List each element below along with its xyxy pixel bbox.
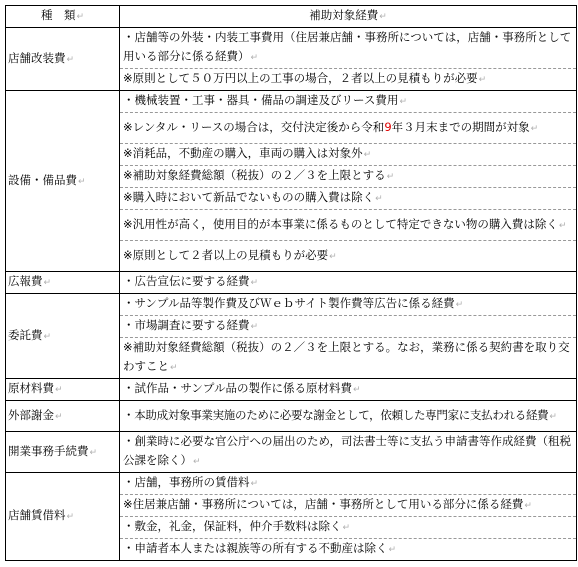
header-category: 種 類↵: [6, 6, 120, 28]
paragraph-mark-icon: ↵: [170, 363, 178, 373]
expense-item: ・広告宣伝に要する経費↵: [120, 272, 576, 293]
expense-item: ・店舗，事務所の賃借料↵: [120, 473, 576, 494]
table-row: 広報費↵ ・広告宣伝に要する経費↵: [6, 272, 577, 294]
paragraph-mark-icon: ↵: [531, 124, 539, 134]
paragraph-mark-icon: ↵: [379, 12, 387, 22]
paragraph-mark-icon: ↵: [549, 412, 556, 422]
expense-cell: ・店舗等の外装・内装工事費用（住居兼店舗・事務所については，店舗・事務所として用…: [120, 28, 577, 91]
paragraph-mark-icon: ↵: [329, 252, 337, 262]
category-cell: 開業事務手続費↵: [6, 432, 120, 473]
paragraph-mark-icon: ↵: [67, 512, 75, 522]
paragraph-mark-icon: ↵: [251, 479, 259, 489]
expense-item: ・機械装置・工事・器具・備品の調達及びリース費用↵: [120, 91, 576, 112]
paragraph-mark-icon: ↵: [44, 278, 52, 288]
expense-cell: ・試作品・サンプル品の製作に係る原材料費↵: [120, 379, 577, 401]
table-row: 開業事務手続費↵ ・創業時に必要な官公庁への届出のため，司法書士等に支払う申請書…: [6, 432, 577, 473]
paragraph-mark-icon: ↵: [251, 278, 259, 288]
expense-item: ※補助対象経費総額（税抜）の２／３を上限とする↵: [120, 165, 576, 187]
paragraph-mark-icon: ↵: [55, 385, 63, 395]
paragraph-mark-icon: ↵: [44, 332, 52, 342]
highlighted-year: 9: [384, 120, 391, 134]
paragraph-mark-icon: ↵: [78, 177, 86, 187]
expense-item: ※住居兼店舗・事務所については，店舗・事務所として用いる部分に係る経費↵: [120, 494, 576, 516]
expense-item: ・サンプル品等製作費及びＷｅｂサイト製作費等広告に係る経費↵: [120, 294, 576, 315]
expense-item: ※購入時において新品でないものの購入費は除く↵: [120, 187, 576, 209]
expense-item: ・申請者本人または親族等の所有する不動産は除く↵: [120, 538, 576, 560]
table-row: 店舗改装費↵ ・店舗等の外装・内装工事費用（住居兼店舗・事務所については，店舗・…: [6, 28, 577, 91]
expense-item: ・敷金，礼金，保証料，仲介手数料は除く↵: [120, 516, 576, 538]
expense-item: ※消耗品，不動産の購入，車両の購入は対象外↵: [120, 143, 576, 165]
expense-item: ※汎用性が高く，使用目的が本事業に係るものとして特定できない物の購入費は除く↵: [120, 209, 576, 240]
expense-cell: ・店舗，事務所の賃借料↵ ※住居兼店舗・事務所については，店舗・事務所として用い…: [120, 473, 577, 561]
paragraph-mark-icon: ↵: [559, 221, 567, 231]
paragraph-mark-icon: ↵: [456, 300, 464, 310]
paragraph-mark-icon: ↵: [387, 172, 395, 182]
category-cell: 広報費↵: [6, 272, 120, 294]
expense-item: ・創業時に必要な官公庁への届出のため，司法書士等に支払う申請書等作成経費（租税公…: [120, 432, 576, 472]
expense-item: ・店舗等の外装・内装工事費用（住居兼店舗・事務所については，店舗・事務所として用…: [120, 28, 576, 68]
expense-cell: ・機械装置・工事・器具・備品の調達及びリース費用↵ ※レンタル・リースの場合は，…: [120, 91, 577, 272]
paragraph-mark-icon: ↵: [67, 55, 75, 65]
expense-item: ※補助対象経費総額（税抜）の２／３を上限とする。なお，業務に係る契約書を取り交わ…: [120, 337, 576, 378]
category-cell: 店舗改装費↵: [6, 28, 120, 91]
table-row: 外部謝金↵ ・本助成対象事業実施のために必要な謝金として，依頼した専門家に支払わ…: [6, 401, 577, 432]
table-row: 委託費↵ ・サンプル品等製作費及びＷｅｂサイト製作費等広告に係る経費↵ ・市場調…: [6, 294, 577, 379]
paragraph-mark-icon: ↵: [399, 97, 407, 107]
expense-item: ・市場調査に要する経費↵: [120, 315, 576, 337]
expense-item: ※レンタル・リースの場合は，交付決定後から令和9年３月末までの期間が対象↵: [120, 112, 576, 143]
expense-cell: ・広告宣伝に要する経費↵: [120, 272, 577, 294]
header-expenses: 補助対象経費↵: [120, 6, 577, 28]
paragraph-mark-icon: ↵: [76, 12, 84, 22]
table-row: 原材料費↵ ・試作品・サンプル品の製作に係る原材料費↵: [6, 379, 577, 401]
paragraph-mark-icon: ↵: [251, 322, 259, 332]
subsidy-expense-table: 種 類↵ 補助対象経費↵ 店舗改装費↵ ・店舗等の外装・内装工事費用（住居兼店舗…: [5, 5, 577, 561]
expense-cell: ・本助成対象事業実施のために必要な謝金として，依頼した専門家に支払われる経費↵: [120, 401, 577, 432]
paragraph-mark-icon: ↵: [389, 545, 397, 555]
category-cell: 外部謝金↵: [6, 401, 120, 432]
expense-item: ※原則として２者以上の見積もりが必要↵: [120, 240, 576, 271]
expense-cell: ・サンプル品等製作費及びＷｅｂサイト製作費等広告に係る経費↵ ・市場調査に要する…: [120, 294, 577, 379]
paragraph-mark-icon: ↵: [375, 194, 383, 204]
paragraph-mark-icon: ↵: [251, 53, 259, 63]
category-cell: 店舗賃借料↵: [6, 473, 120, 561]
expense-item: ※原則として５０万円以上の工事の場合，２者以上の見積もりが必要↵: [120, 68, 576, 90]
paragraph-mark-icon: ↵: [193, 457, 201, 467]
category-cell: 委託費↵: [6, 294, 120, 379]
paragraph-mark-icon: ↵: [364, 150, 372, 160]
table-row: 設備・備品費↵ ・機械装置・工事・器具・備品の調達及びリース費用↵ ※レンタル・…: [6, 91, 577, 272]
paragraph-mark-icon: ↵: [353, 385, 361, 395]
expense-cell: ・創業時に必要な官公庁への届出のため，司法書士等に支払う申請書等作成経費（租税公…: [120, 432, 577, 473]
paragraph-mark-icon: ↵: [479, 75, 487, 85]
category-cell: 設備・備品費↵: [6, 91, 120, 272]
category-cell: 原材料費↵: [6, 379, 120, 401]
header-row: 種 類↵ 補助対象経費↵: [6, 6, 577, 28]
paragraph-mark-icon: ↵: [55, 412, 63, 422]
paragraph-mark-icon: ↵: [524, 501, 532, 511]
expense-item: ・試作品・サンプル品の製作に係る原材料費↵: [120, 379, 576, 400]
table-row: 店舗賃借料↵ ・店舗，事務所の賃借料↵ ※住居兼店舗・事務所については，店舗・事…: [6, 473, 577, 561]
paragraph-mark-icon: ↵: [343, 523, 351, 533]
paragraph-mark-icon: ↵: [90, 448, 98, 458]
expense-item: ・本助成対象事業実施のために必要な謝金として，依頼した専門家に支払われる経費↵: [120, 401, 576, 431]
